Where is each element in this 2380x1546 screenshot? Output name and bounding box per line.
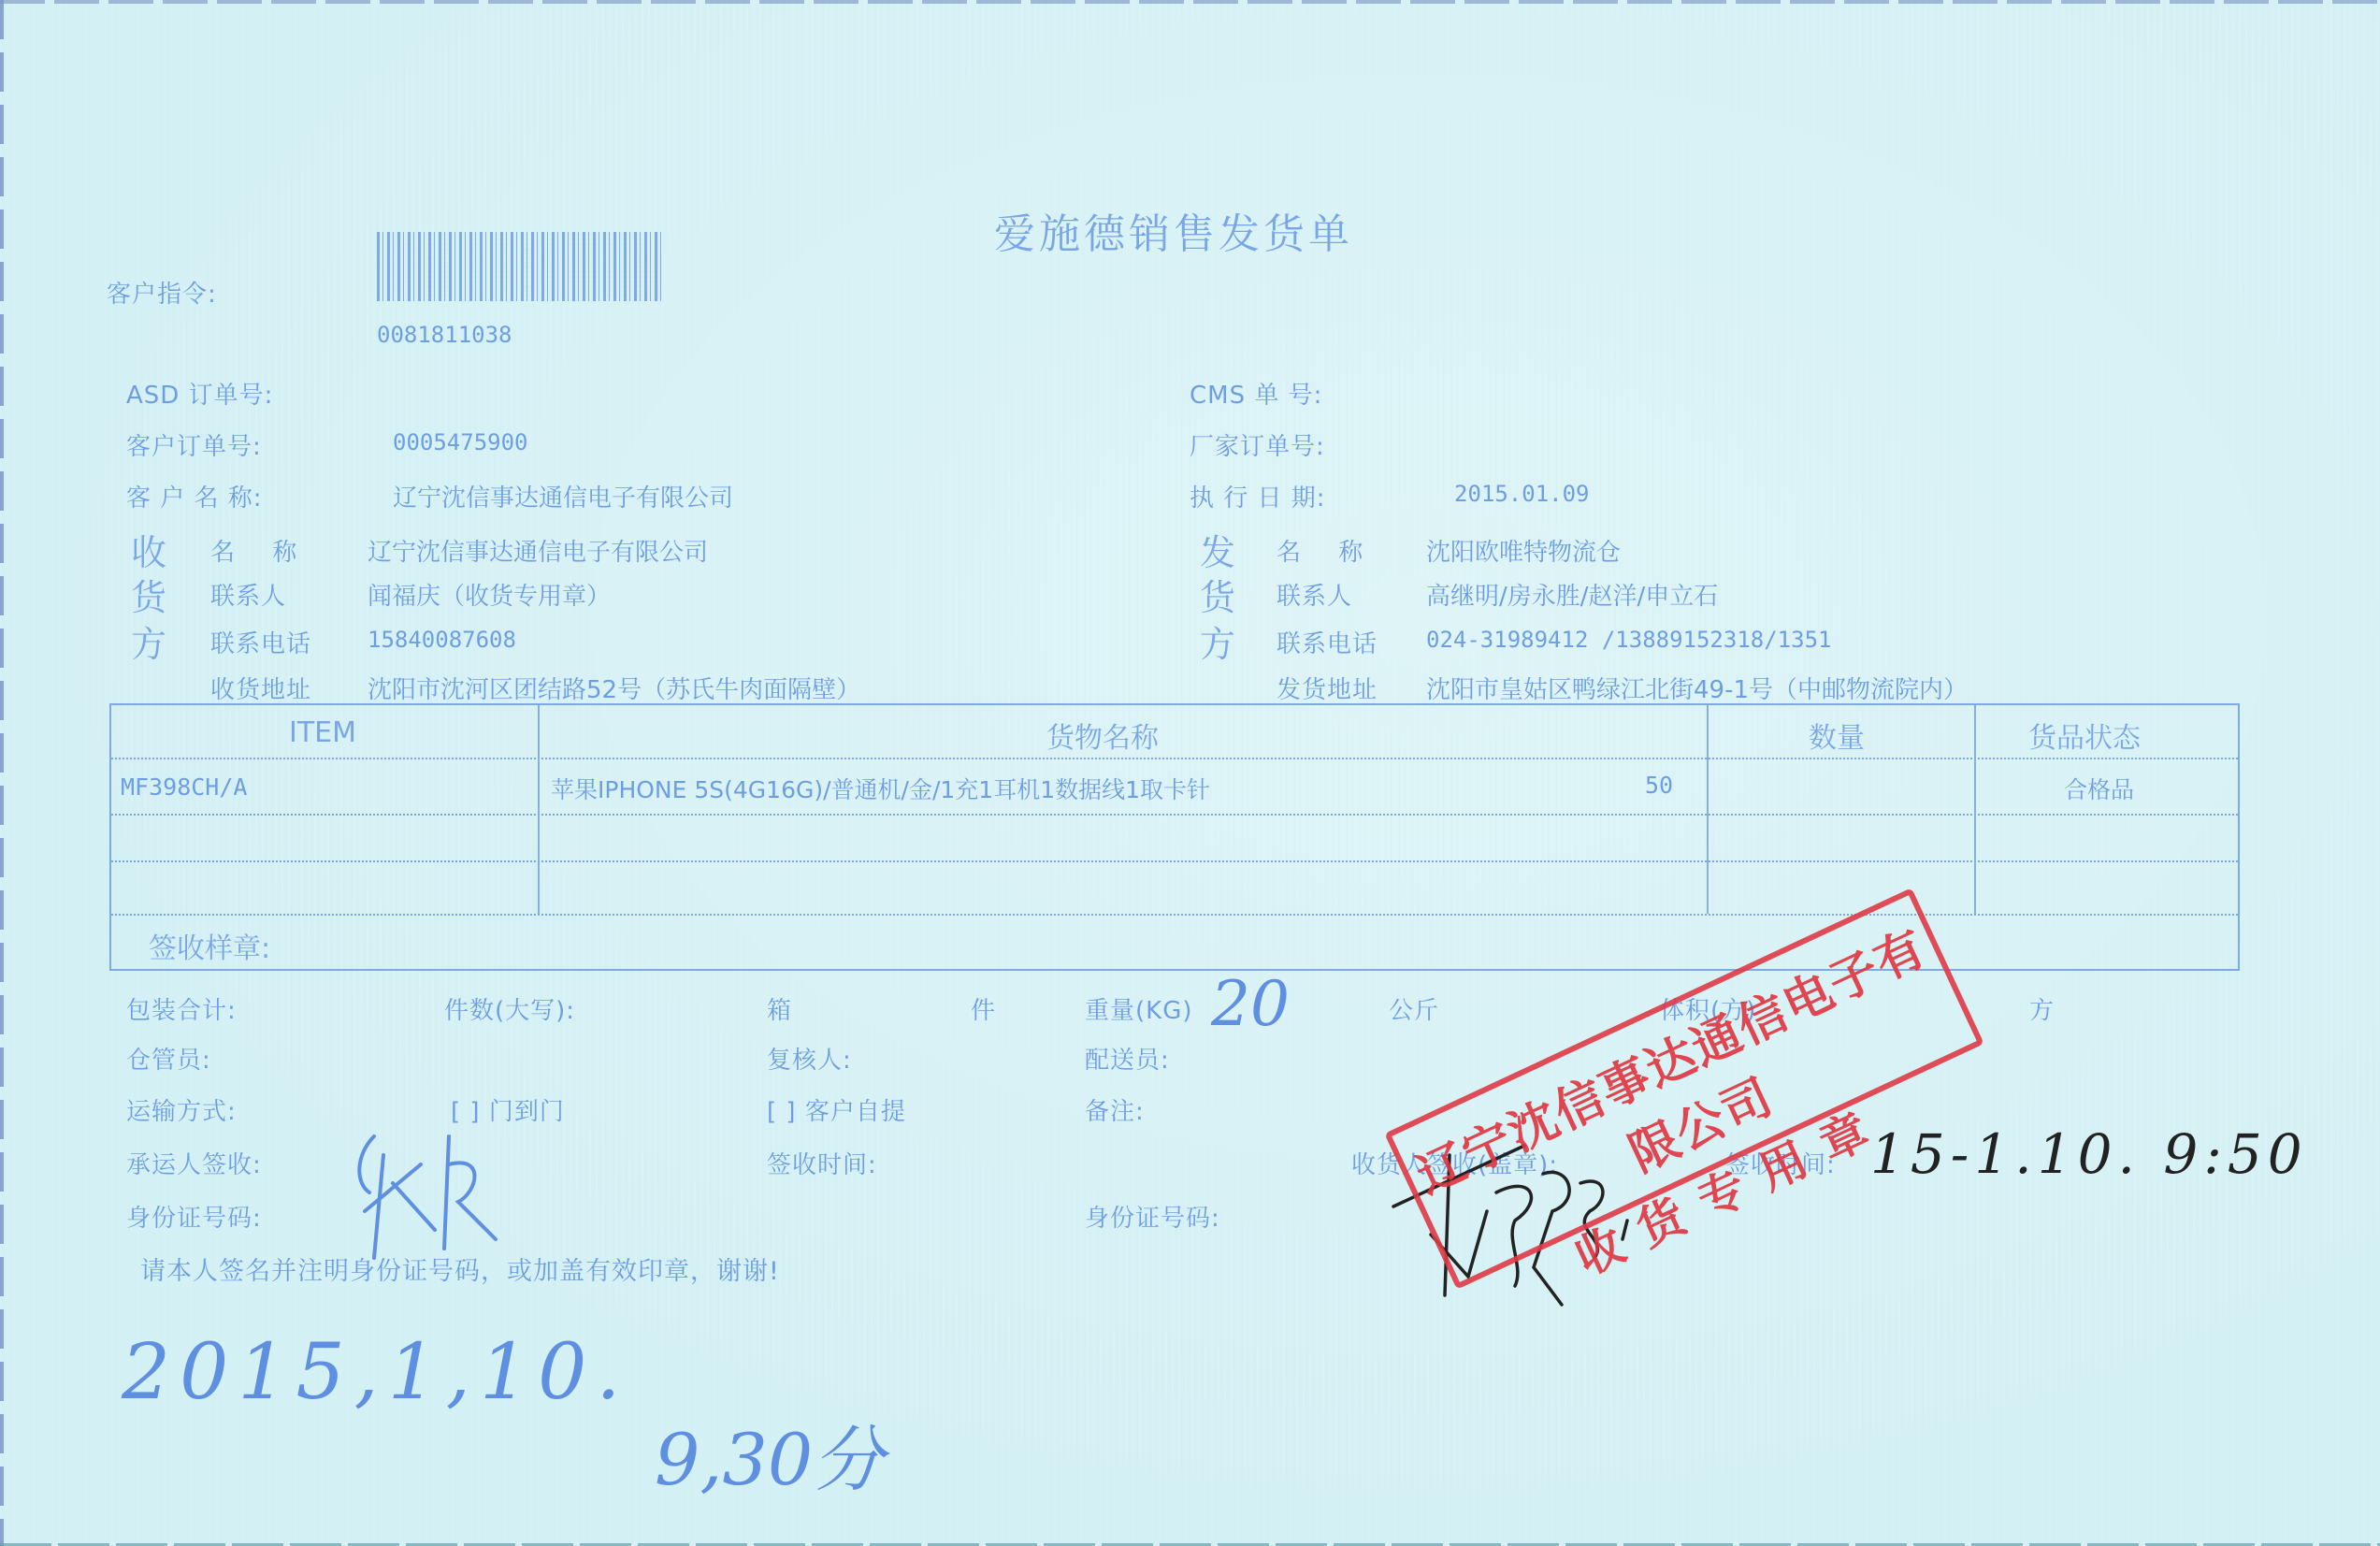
warehouse-keeper-label: 仓管员:	[126, 1041, 211, 1076]
cell-item: MF398CH/A	[121, 773, 247, 801]
receiver-address-label: 收货地址	[210, 671, 311, 705]
shipper-address-value: 沈阳市皇姑区鸭绿江北街49-1号（中邮物流院内）	[1426, 671, 1968, 705]
handwritten-date: 2015,1,10.	[122, 1328, 629, 1417]
customer-name-value: 辽宁沈信事达通信电子有限公司	[393, 479, 733, 513]
shipper-side-char-3: 方	[1200, 615, 1235, 667]
id-number-right-label: 身份证号码:	[1085, 1199, 1220, 1234]
shipper-side-char-1: 发	[1200, 524, 1235, 575]
box-unit: 箱	[767, 991, 792, 1026]
execution-date-label: 执 行 日 期:	[1190, 479, 1326, 513]
receiver-phone-label: 联系电话	[210, 625, 311, 659]
column-divider	[1974, 705, 1976, 914]
handwritten-time: 9,30分	[655, 1403, 884, 1505]
shipper-phone-label: 联系电话	[1277, 625, 1378, 659]
shipper-address-label: 发货地址	[1277, 671, 1378, 705]
column-header-name: 货物名称	[1046, 715, 1159, 756]
receiver-side-char-1: 收	[131, 524, 166, 575]
transport-mode-label: 运输方式:	[126, 1092, 237, 1127]
reviewer-label: 复核人:	[767, 1041, 852, 1076]
cell-qty: 50	[1645, 772, 1673, 799]
column-divider	[1707, 705, 1709, 914]
perforation-top	[0, 0, 2380, 4]
perforation-left	[0, 0, 4, 1546]
carrier-sign-time-label: 签收时间:	[767, 1146, 877, 1180]
column-header-item: ITEM	[289, 716, 356, 749]
customer-instruction-label: 客户指令:	[107, 275, 217, 310]
carrier-signature	[346, 1127, 552, 1267]
cubic-unit: 方	[2029, 991, 2055, 1026]
receiver-phone-value: 15840087608	[368, 627, 516, 653]
receiver-contact-value: 闻福庆（收货专用章）	[368, 577, 611, 612]
kg-unit: 公斤	[1389, 991, 1439, 1026]
receiver-name-value: 辽宁沈信事达通信电子有限公司	[368, 533, 708, 568]
shipper-side-char-2: 货	[1200, 569, 1235, 620]
receiver-sign-time-handwritten: 15-1.10. 9:50	[1870, 1122, 2308, 1186]
receiver-side-char-2: 货	[131, 569, 166, 620]
signature-stamp-label: 签收样章:	[149, 925, 270, 966]
cell-status: 合格品	[2064, 772, 2134, 805]
receiver-contact-label: 联系人	[210, 577, 286, 612]
id-number-left-label: 身份证号码:	[126, 1199, 262, 1234]
shipper-contact-label: 联系人	[1277, 577, 1352, 612]
receiver-name-label: 名 称	[210, 533, 297, 568]
table-divider	[111, 860, 2238, 862]
receiver-address-value: 沈阳市沈河区团结路52号（苏氏牛肉面隔壁）	[368, 671, 860, 705]
table-divider	[111, 758, 2238, 759]
weight-value-handwritten: 20	[1211, 968, 1290, 1040]
factory-order-label: 厂家订单号:	[1190, 427, 1325, 462]
table-divider	[111, 814, 2238, 816]
barcode-icon	[377, 232, 661, 301]
column-header-status: 货品状态	[2028, 715, 2141, 756]
remark-label: 备注:	[1085, 1092, 1145, 1127]
shipper-name-value: 沈阳欧唯特物流仓	[1426, 533, 1621, 568]
weight-label: 重量(KG)	[1085, 991, 1193, 1026]
barcode-number: 0081811038	[377, 322, 512, 348]
column-divider	[538, 705, 540, 914]
package-total-label: 包装合计:	[126, 991, 237, 1026]
option-customer-pickup[interactable]: [ ] 客户自提	[767, 1092, 906, 1127]
asd-order-label: ASD 订单号:	[126, 376, 273, 411]
customer-order-value: 0005475900	[393, 429, 528, 455]
customer-order-label: 客户订单号:	[126, 427, 262, 462]
shipper-contact-value: 高继明/房永胜/赵洋/申立石	[1426, 577, 1718, 612]
pieces-upper-label: 件数(大写):	[444, 991, 575, 1026]
cell-name: 苹果IPHONE 5S(4G16G)/普通机/金/1充1耳机1数据线1取卡针	[551, 772, 1210, 805]
piece-unit: 件	[971, 991, 996, 1026]
shipper-phone-value: 024-31989412 /13889152318/1351	[1426, 627, 1831, 653]
shipper-name-label: 名 称	[1277, 533, 1363, 568]
receiver-side-char-3: 方	[131, 615, 166, 667]
cms-order-label: CMS 单 号:	[1190, 376, 1322, 411]
document-title: 爱施德销售发货单	[994, 200, 1353, 260]
execution-date-value: 2015.01.09	[1454, 481, 1590, 507]
customer-name-label: 客 户 名 称:	[126, 479, 263, 513]
carrier-sign-label: 承运人签收:	[126, 1146, 262, 1180]
option-door-to-door[interactable]: [ ] 门到门	[451, 1092, 565, 1127]
deliverer-label: 配送员:	[1085, 1041, 1170, 1076]
column-header-qty: 数量	[1809, 715, 1865, 756]
